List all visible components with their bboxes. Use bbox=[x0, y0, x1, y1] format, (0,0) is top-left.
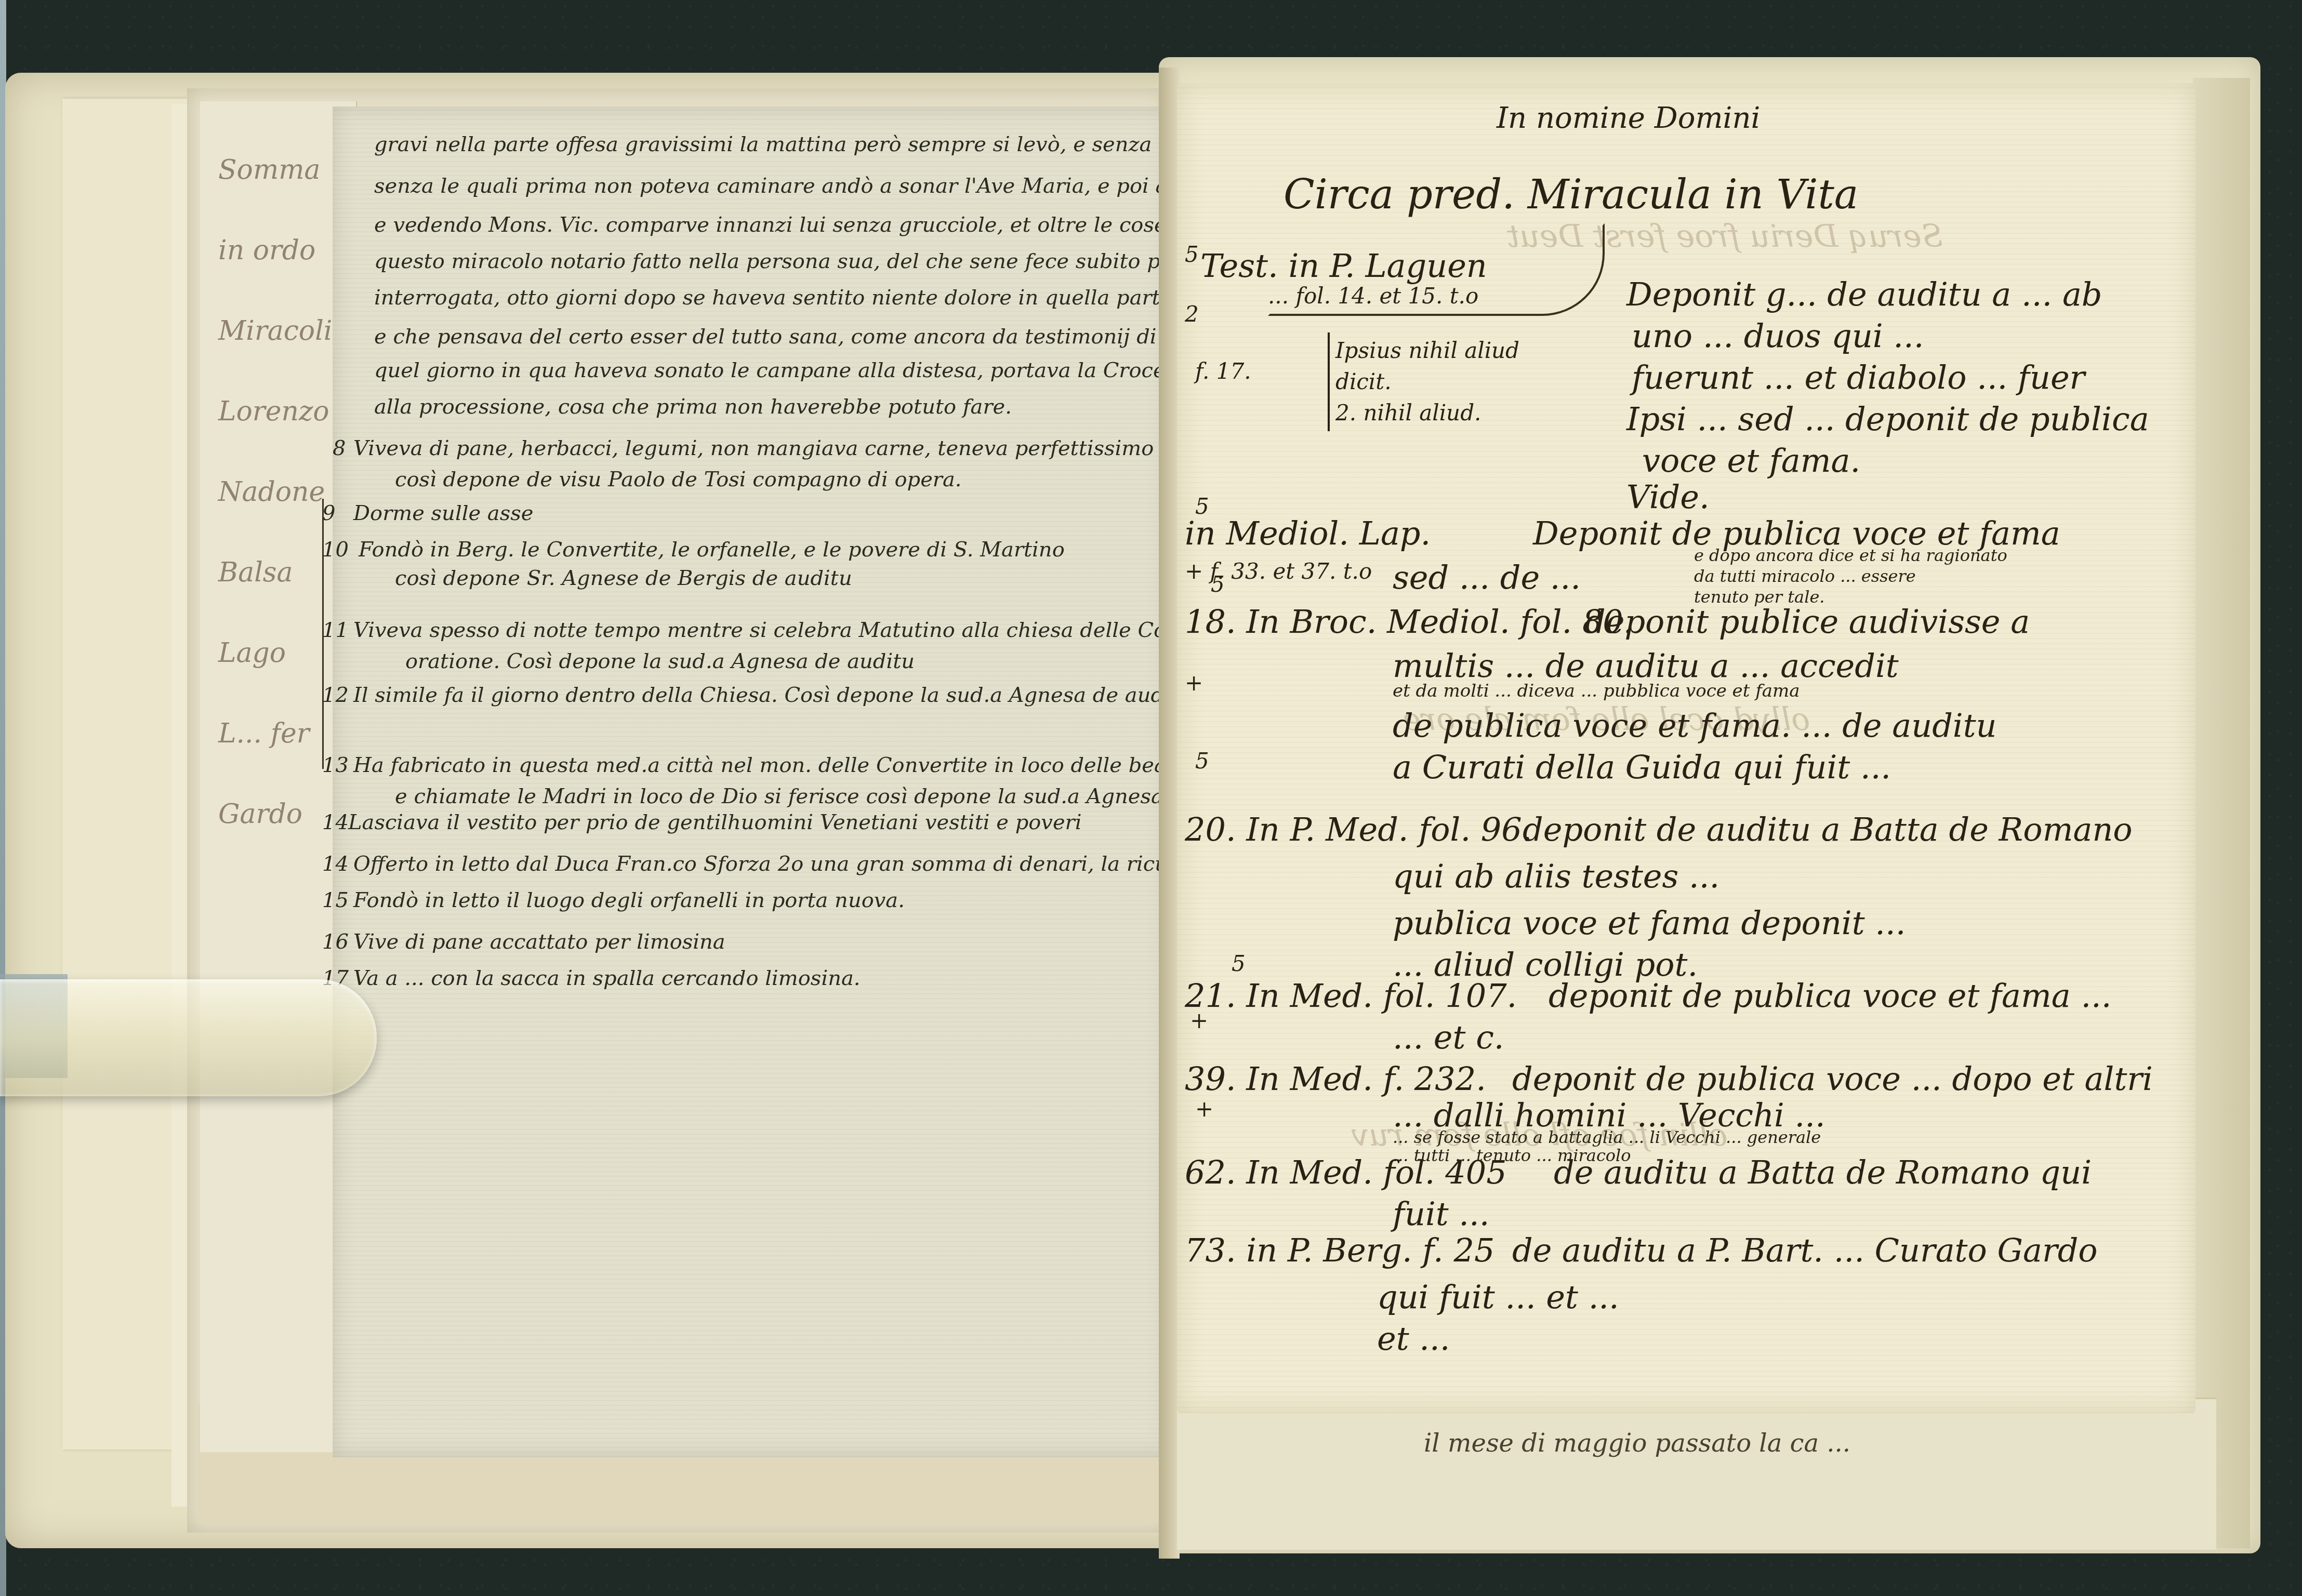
witness-ref: 18. In Broc. Mediol. fol. 80. bbox=[1185, 603, 1634, 641]
margin-number: 5 bbox=[1211, 571, 1225, 597]
bracket-curve bbox=[1268, 223, 1605, 316]
item-text: così depone de visu Paolo de Tosi compag… bbox=[395, 468, 962, 491]
item-text: Lasciava il vestito per prio de gentilhu… bbox=[348, 810, 1082, 834]
margin-mark: + bbox=[1185, 670, 1203, 696]
witness-ref: in Mediol. Lap. bbox=[1185, 514, 1431, 552]
item-text: Offerto in letto dal Duca Fran.co Sforza… bbox=[353, 852, 1198, 876]
margin-mark: + bbox=[1190, 1008, 1208, 1033]
witness-ref: 39. In Med. f. 232. bbox=[1185, 1060, 1486, 1098]
entry-text: qui ab aliis testes ... bbox=[1393, 857, 1719, 895]
item-text: Ha fabricato in questa med.a città nel m… bbox=[353, 753, 1187, 777]
right-lower-sheet bbox=[1177, 1398, 2216, 1550]
item-text: Dorme sulle asse bbox=[353, 501, 533, 525]
item-text: e chiamate le Madri in loco de Dio si fe… bbox=[395, 784, 1269, 808]
entry-text: Deponit g... de auditu a ... ab bbox=[1626, 275, 2102, 313]
right-page-edges bbox=[2193, 78, 2250, 1548]
bottom-note: il mese di maggio passato la ca ... bbox=[1424, 1429, 1850, 1458]
item-text: Vive di pane accattato per limosina bbox=[353, 930, 725, 954]
item-number: 15 bbox=[322, 888, 349, 912]
margin-note: 2 bbox=[1185, 301, 1199, 327]
entry-text: de auditu a P. Bart. ... Curato Gardo bbox=[1512, 1231, 2098, 1269]
entry-text: fuerunt ... et diabolo ... fuer bbox=[1632, 358, 2085, 396]
item-number: 12 bbox=[322, 683, 349, 707]
inset-note: e dopo ancora dice et si ha ragionato bbox=[1694, 546, 2007, 565]
entry-text: et da molti ... diceva ... pubblica voce… bbox=[1393, 681, 1800, 701]
invocation: In nomine Domini bbox=[1497, 101, 1760, 135]
margin-number: 5 bbox=[1232, 951, 1246, 976]
entry-text: publica voce et fama deponit ... bbox=[1393, 904, 1906, 942]
entry-text: de publica voce et fama. ... de auditu bbox=[1393, 707, 1997, 744]
entry-text: ... se fosse stato a battaglia ... li Ve… bbox=[1393, 1127, 1821, 1147]
item-number: 13 bbox=[322, 753, 349, 777]
book-gutter bbox=[1159, 68, 1180, 1559]
item-text: oratione. Così depone la sud.a Agnesa de… bbox=[405, 649, 915, 673]
entry-text: voce et fama. bbox=[1642, 442, 1860, 480]
item-text: Va a ... con la sacca in spalla cercando… bbox=[353, 966, 861, 990]
glass-page-weight bbox=[0, 979, 377, 1096]
item-number: 8 bbox=[333, 436, 346, 460]
witness-ref: 62. In Med. fol. 405 bbox=[1185, 1153, 1507, 1191]
paragraph-line: alla processione, cosa che prima non hav… bbox=[374, 395, 1012, 419]
item-number: 10 bbox=[322, 538, 349, 562]
entry-text: deponit de publica voce ... dopo et altr… bbox=[1512, 1060, 2153, 1098]
entry-text: et ... bbox=[1377, 1320, 1450, 1358]
column-text: dicit. bbox=[1335, 369, 1392, 394]
column-text: Ipsius nihil aliud bbox=[1335, 338, 1519, 363]
inset-note: da tutti miracolo ... essere bbox=[1694, 566, 1916, 586]
witness-ref: 20. In P. Med. fol. 96. bbox=[1185, 810, 1532, 848]
item-text: Fondò in letto il luogo degli orfanelli … bbox=[353, 888, 905, 912]
entry-text: a Curati della Guida qui fuit ... bbox=[1393, 748, 1891, 786]
entry-text: sed ... de ... bbox=[1393, 558, 1581, 596]
entry-text: deponit publice audivisse a bbox=[1585, 603, 2030, 641]
folio-ref: f. 17. bbox=[1195, 358, 1251, 384]
item-number: 14 bbox=[322, 810, 349, 834]
entry-text: multis ... de auditu a ... accedit bbox=[1393, 647, 1899, 685]
entry-text: Vide. bbox=[1626, 478, 1710, 516]
page-heading: Circa pred. Miracula in Vita bbox=[1284, 171, 1858, 218]
entry-text: uno ... duos qui ... bbox=[1632, 317, 1924, 355]
item-number: 11 bbox=[322, 618, 349, 642]
entry-text: qui fuit ... et ... bbox=[1377, 1278, 1619, 1316]
item-text: Fondò in Berg. le Convertite, le orfanel… bbox=[359, 538, 1065, 562]
margin-number: 5 bbox=[1185, 242, 1199, 267]
entry-text: deponit de publica voce et fama ... bbox=[1549, 977, 2112, 1015]
item-text: Viveva di pane, herbacci, legumi, non ma… bbox=[353, 436, 1180, 460]
entry-text: fuit ... bbox=[1393, 1195, 1489, 1233]
entry-text: Ipsi ... sed ... deponit de publica bbox=[1626, 400, 2149, 438]
margin-number: 5 bbox=[1195, 748, 1209, 774]
item-text: così depone Sr. Agnese de Bergis de audi… bbox=[395, 566, 852, 590]
column-rule bbox=[1328, 332, 1330, 431]
witness-ref: 21. In Med. fol. 107. bbox=[1185, 977, 1517, 1015]
entry-text: de auditu a Batta de Romano qui bbox=[1554, 1153, 2092, 1191]
margin-mark: + bbox=[1195, 1096, 1213, 1122]
entry-text: ... et c. bbox=[1393, 1018, 1504, 1056]
item-number: 9 bbox=[322, 501, 335, 525]
entry-text: deponit de auditu a Batta de Romano bbox=[1523, 810, 2133, 848]
item-text: Il simile fa il giorno dentro della Chie… bbox=[353, 683, 1193, 707]
witness-ref: 73. in P. Berg. f. 25 bbox=[1185, 1231, 1494, 1269]
margin-bracket bbox=[307, 499, 324, 769]
item-number: 14 bbox=[322, 852, 349, 876]
column-text: 2. nihil aliud. bbox=[1335, 400, 1481, 425]
item-number: 16 bbox=[322, 930, 349, 954]
